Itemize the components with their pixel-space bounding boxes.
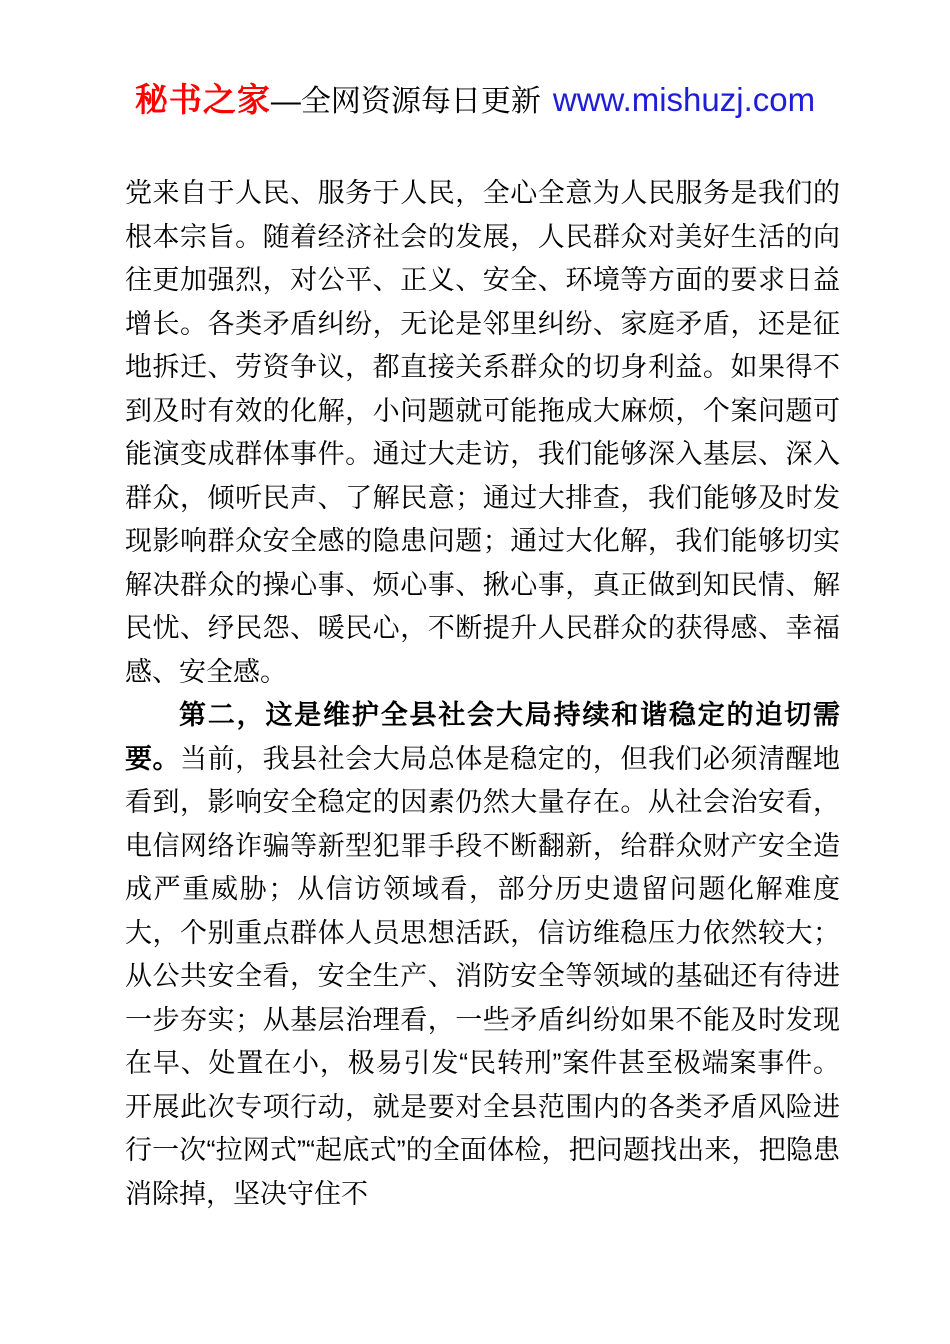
site-name: 秘书之家: [135, 81, 271, 118]
header-separator: —: [271, 85, 301, 118]
paragraph-second-point: 第二，这是维护全县社会大局持续和谐稳定的迫切需要。当前，我县社会大局总体是稳定的…: [125, 694, 840, 1216]
paragraph-serve-the-people: 党来自于人民、服务于人民，全心全意为人民服务是我们的根本宗旨。随着经济社会的发展…: [125, 172, 840, 694]
site-url-link[interactable]: www.mishuzj.com: [553, 81, 815, 118]
site-header: 秘书之家—全网资源每日更新www.mishuzj.com: [0, 0, 950, 126]
header-tagline: 全网资源每日更新: [301, 85, 541, 118]
document-body: 党来自于人民、服务于人民，全心全意为人民服务是我们的根本宗旨。随着经济社会的发展…: [125, 172, 840, 1216]
document-page: 秘书之家—全网资源每日更新www.mishuzj.com 党来自于人民、服务于人…: [0, 0, 950, 1344]
second-point-text: 当前，我县社会大局总体是稳定的，但我们必须清醒地看到，影响安全稳定的因素仍然大量…: [125, 744, 840, 1209]
